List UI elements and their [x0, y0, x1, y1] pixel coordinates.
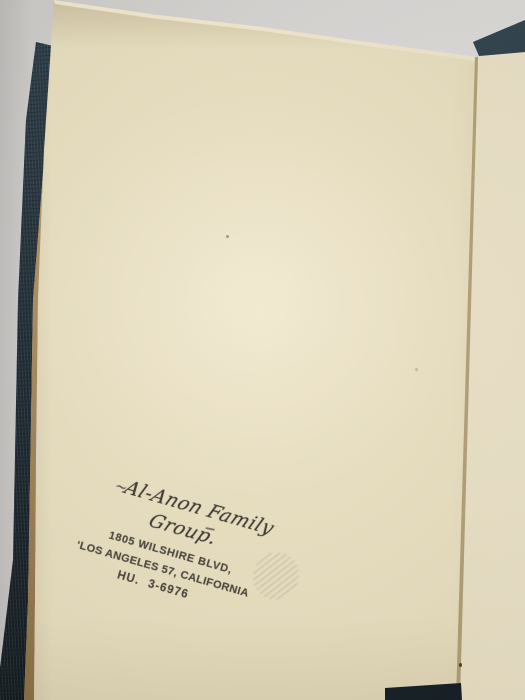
- book-photo: ~Al-Anon Family Group. 1805 WILSHIRE BLV…: [0, 0, 525, 700]
- page-speck: [226, 235, 229, 238]
- page-speck: [459, 663, 462, 667]
- page-speck: [415, 368, 418, 371]
